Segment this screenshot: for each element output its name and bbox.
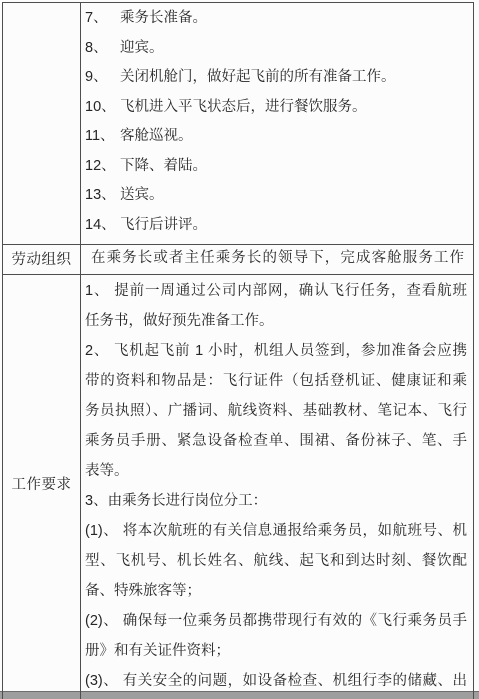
text-line: 型、飞机号、机长姓名、航线、起飞和到达时刻、餐饮配 [85, 546, 467, 576]
list-item: 14、 飞行后讲评。 [85, 211, 468, 241]
item-text: 迎宾。 [120, 34, 164, 64]
text-line: 册》和有关证件资料； [85, 636, 467, 666]
item-number: 14、 [85, 211, 120, 241]
list-item: 10、 飞机进入平飞状态后，进行餐饮服务。 [85, 93, 468, 123]
item-text: 送宾。 [120, 181, 164, 211]
procedure-label-cell-empty [3, 3, 81, 244]
text-line: 务员执照）、广播词、航线资料、基础教材、笔记本、飞行 [85, 396, 467, 426]
text-line: 表等。 [85, 456, 467, 486]
item-text: 乘务长准备。 [120, 4, 207, 34]
list-item: 13、 送宾。 [85, 181, 468, 211]
item-text: 飞机进入平飞状态后，进行餐饮服务。 [120, 93, 367, 123]
item-number: 9、 [85, 63, 120, 93]
list-item: 7、 乘务长准备。 [85, 4, 468, 34]
work-requirements-content: 1、 提前一周通过公司内部网，确认飞行任务，查看航班 任务书，做好预先准备工作。… [81, 275, 473, 699]
item-number: 10、 [85, 93, 120, 123]
procedure-content-cell: 7、 乘务长准备。 8、 迎宾。 9、 关闭机舱门，做好起飞前的所有准备工作。 … [81, 3, 473, 244]
text-line: (2)、 确保每一位乘务员都携带现行有效的《飞行乘务员手 [85, 606, 467, 636]
item-number: 7、 [85, 4, 120, 34]
text-line: 备、特殊旅客等； [85, 576, 467, 606]
labor-organization-label-cell: 劳动组织 [3, 245, 81, 274]
text-line: 任务书，做好预先准备工作。 [85, 306, 467, 336]
item-number: 8、 [85, 34, 120, 64]
document-page: 7、 乘务长准备。 8、 迎宾。 9、 关闭机舱门，做好起飞前的所有准备工作。 … [0, 0, 479, 699]
text-line: 1、 提前一周通过公司内部网，确认飞行任务，查看航班 [85, 276, 467, 306]
text-line: (3)、 有关安全的问题，如设备检查、机组行李的储藏、出 [85, 666, 467, 696]
item-text: 客舱巡视。 [120, 122, 193, 152]
text-line: 带的资料和物品是：飞行证件（包括登机证、健康证和乘 [85, 366, 467, 396]
job-description-table: 7、 乘务长准备。 8、 迎宾。 9、 关闭机舱门，做好起飞前的所有准备工作。 … [2, 2, 474, 699]
table-row-labor-organization: 劳动组织 在乘务长或者主任乘务长的领导下，完成客舱服务工作 [3, 244, 473, 274]
list-item: 11、 客舱巡视。 [85, 122, 468, 152]
text-line: (1)、 将本次航班的有关信息通报给乘务员，如航班号、机 [85, 516, 467, 546]
row-header-label: 工作要求 [12, 477, 72, 493]
list-item: 8、 迎宾。 [85, 34, 468, 64]
text-line: 乘务员手册、紧急设备检查单、围裙、备份袜子、笔、手 [85, 426, 467, 456]
list-item: 9、 关闭机舱门，做好起飞前的所有准备工作。 [85, 63, 468, 93]
item-number: 12、 [85, 152, 120, 182]
row-header-label: 劳动组织 [12, 252, 72, 268]
item-number: 11、 [85, 122, 120, 152]
item-text: 飞行后讲评。 [120, 211, 207, 241]
table-row-work-requirements: 工作要求 1、 提前一周通过公司内部网，确认飞行任务，查看航班 任务书，做好预先… [3, 274, 473, 699]
item-text: 关闭机舱门，做好起飞前的所有准备工作。 [120, 63, 396, 93]
item-number: 13、 [85, 181, 120, 211]
table-row-procedure: 7、 乘务长准备。 8、 迎宾。 9、 关闭机舱门，做好起飞前的所有准备工作。 … [3, 3, 473, 244]
work-requirements-label-cell: 工作要求 [3, 275, 81, 699]
labor-organization-content: 在乘务长或者主任乘务长的领导下，完成客舱服务工作 [81, 245, 473, 274]
item-text: 下降、着陆。 [120, 152, 207, 182]
text-line: 2、 飞机起飞前 1 小时，机组人员签到，参加准备会应携 [85, 336, 467, 366]
text-line: 3、由乘务长进行岗位分工： [85, 486, 467, 516]
list-item: 12、 下降、着陆。 [85, 152, 468, 182]
